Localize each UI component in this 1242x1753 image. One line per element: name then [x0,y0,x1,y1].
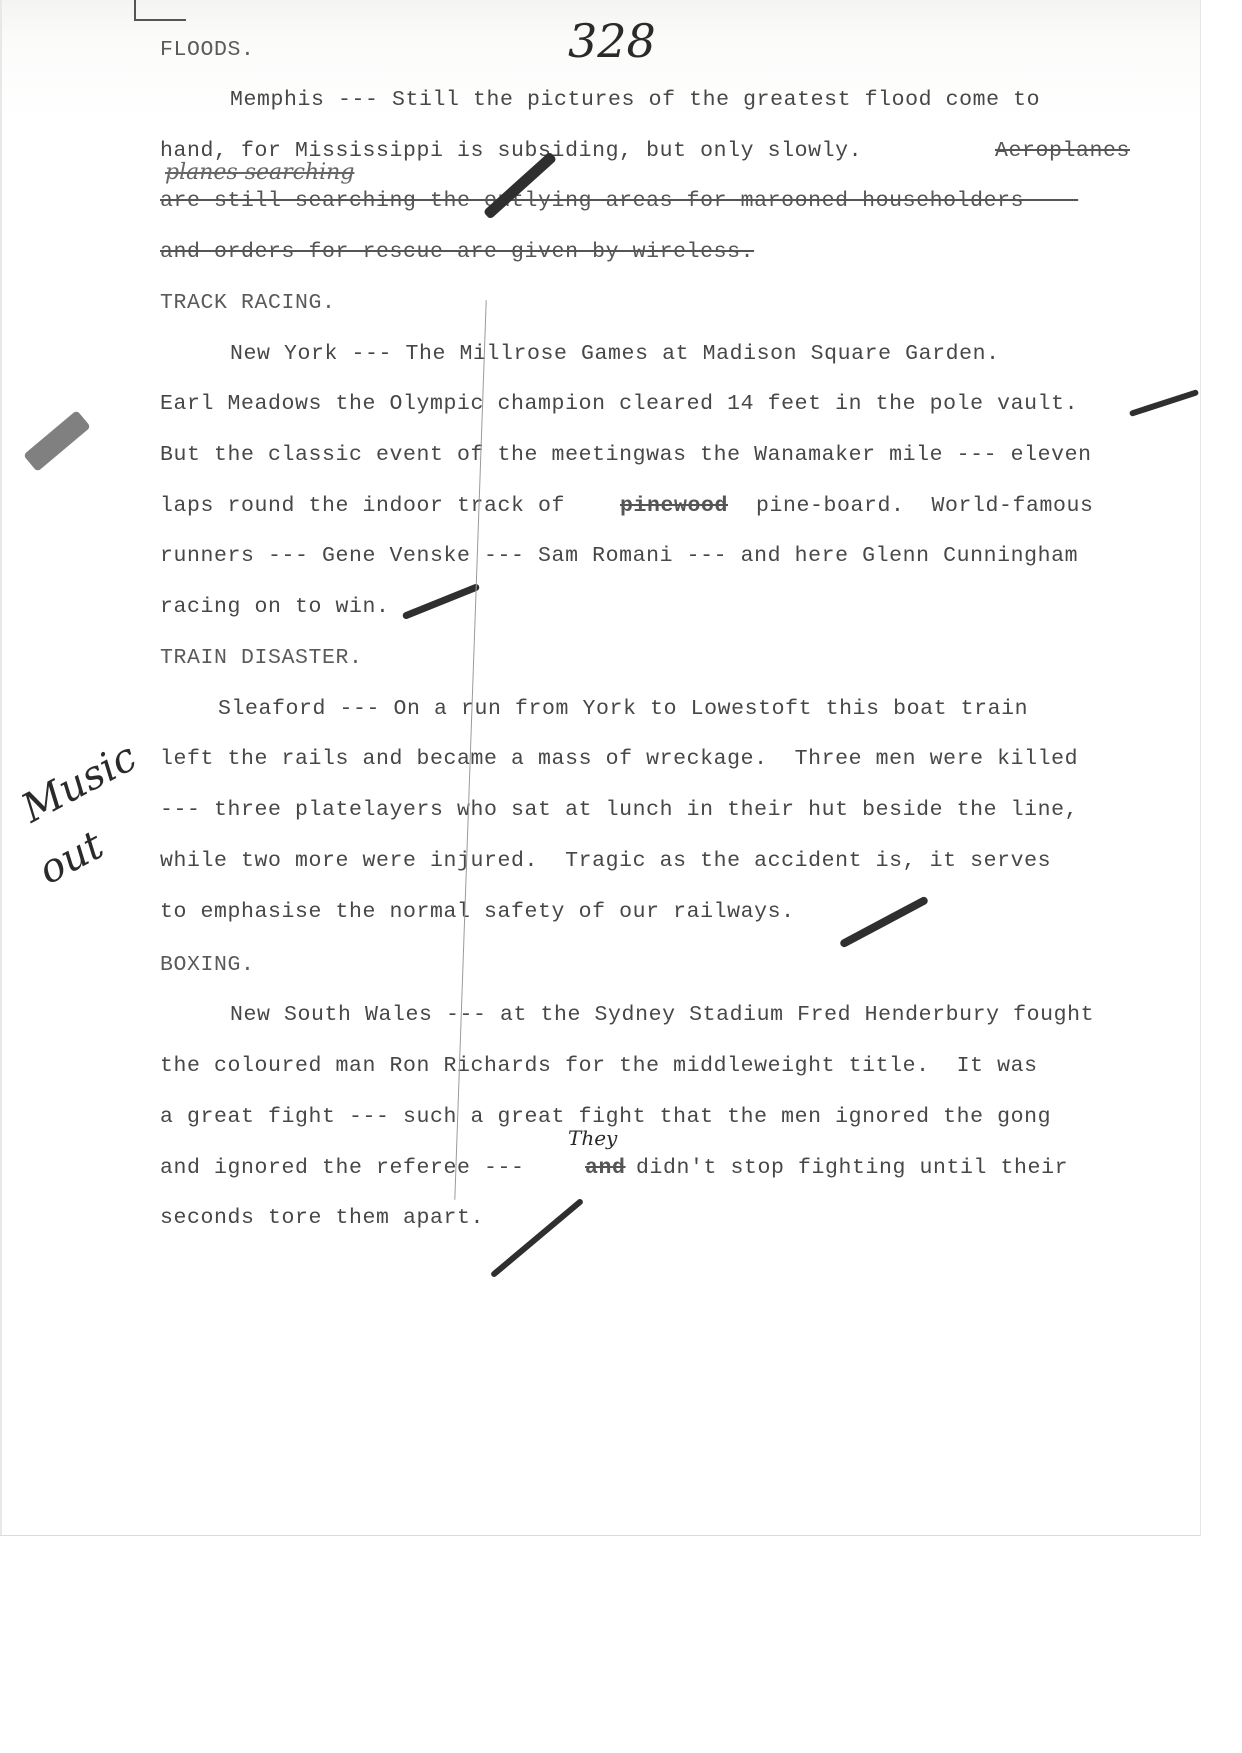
section-heading-train-disaster: TRAIN DISASTER. [160,646,363,670]
track-line-3: But the classic event of the meetingwas … [160,443,1092,467]
floods-line-1: Memphis --- Still the pictures of the gr… [230,88,1040,112]
floods-line-3: are still searching the outlying areas f… [160,189,1078,213]
section-heading-track-racing: TRACK RACING. [160,291,336,315]
arrow-mark [134,0,136,20]
floods-struck-word: Aeroplanes [995,139,1130,163]
track-struck-word: pinewood [620,494,728,518]
train-line-4: while two more were injured. Tragic as t… [160,849,1051,873]
train-line-5: to emphasise the normal safety of our ra… [160,900,795,924]
boxing-line-1: New South Wales --- at the Sydney Stadiu… [230,1003,1094,1027]
boxing-line-4: and ignored the referee --- [160,1156,525,1180]
train-line-2: left the rails and became a mass of wrec… [160,747,1078,771]
boxing-line-5: seconds tore them apart. [160,1206,484,1230]
paper-edge [0,0,2,1535]
handwritten-insert-floods: planes searching [165,160,354,185]
arrow-mark-line [134,19,186,21]
page-number: 328 [568,14,656,68]
end-mark [402,583,481,620]
floods-line-4: and orders for rescue are given by wirel… [160,240,754,264]
boxing-line-2: the coloured man Ron Richards for the mi… [160,1054,1038,1078]
track-line-4b: pine-board. World-famous [756,494,1094,518]
handwritten-insert-boxing: They [568,1126,617,1150]
section-heading-floods: FLOODS. [160,38,255,62]
margin-scribble [23,410,91,472]
track-line-5: runners --- Gene Venske --- Sam Romani -… [160,544,1078,568]
train-line-1: Sleaford --- On a run from York to Lowes… [218,697,1028,721]
end-mark [839,895,929,948]
margin-note-music: Music [14,734,144,832]
end-mark [1129,389,1199,417]
track-line-2: Earl Meadows the Olympic champion cleare… [160,392,1078,416]
train-line-3: --- three platelayers who sat at lunch i… [160,798,1078,822]
boxing-struck-word: and [585,1156,626,1180]
margin-note-out: out [31,822,111,894]
track-line-4: laps round the indoor track of [160,494,565,518]
document-page: 328 FLOODS. Memphis --- Still the pictur… [0,0,1201,1536]
boxing-line-4b: didn't stop fighting until their [636,1156,1068,1180]
end-mark [490,1198,584,1278]
section-heading-boxing: BOXING. [160,953,255,977]
track-line-1: New York --- The Millrose Games at Madis… [230,342,1000,366]
track-line-6: racing on to win. [160,595,390,619]
